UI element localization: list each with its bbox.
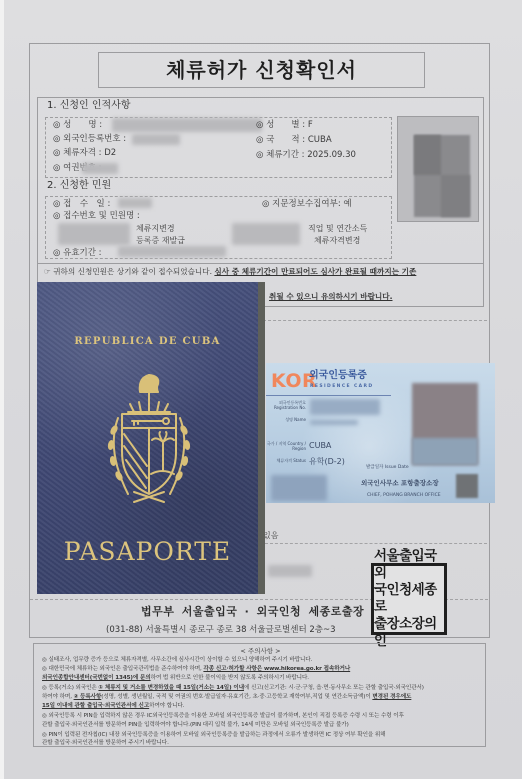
card-title-ko: 외국인등록증 bbox=[309, 371, 367, 381]
redacted-signature bbox=[268, 565, 312, 577]
redacted-card-signature bbox=[271, 475, 327, 501]
redacted-card-reg-no bbox=[310, 399, 380, 415]
attachment-note: 있음 bbox=[263, 532, 278, 540]
field-nationality-label: 국 적 : bbox=[266, 135, 305, 145]
notice-underlined: 심사 중 체류기간이 만료되어도 심사가 완료될 때까지는 기존 bbox=[214, 267, 416, 276]
field-name-label: 성 명 : bbox=[63, 120, 102, 130]
card-reg-no-label: 외국인등록번호 Registration No. bbox=[266, 401, 306, 410]
field-receipt-no-label: 접수번호 및 민원명 : bbox=[63, 211, 140, 221]
field-nationality: ◎ 국 적 : CUBA bbox=[256, 136, 332, 145]
precaution-line: ◎ 대한민국에 체류하는 외국인은 출입국관리법을 준수하여야 하며, 각종 신… bbox=[42, 667, 350, 673]
card-status-label: 체류자격 Status bbox=[266, 459, 306, 464]
precaution-line: ◎ PIN이 입력된 전자칩(IC) 내장 외국인등록증을 이용하여 모바일 외… bbox=[42, 733, 386, 739]
field-receipt-date: ◎ 접 수 일 : bbox=[53, 200, 110, 209]
underlined-emphasis: 변경된 경우에도 bbox=[372, 694, 411, 700]
field-reg-no-label: 외국인등록번호 : bbox=[63, 134, 126, 144]
field-fingerprint-label: 지문정보수집여부: bbox=[272, 199, 341, 209]
field-sex: ◎ 성 별 : F bbox=[256, 121, 313, 130]
redacted-receipt-date bbox=[118, 198, 152, 208]
petition-item: 체류자격변경 bbox=[314, 237, 360, 245]
underlined-emphasis: 각종 신고·허가할 사항은 www.hikorea.go.kr 접속하거나 bbox=[203, 666, 350, 672]
field-name: ◎ 성 명 : bbox=[53, 121, 102, 130]
field-status-value: D2 bbox=[104, 148, 116, 158]
cuban-passport: REPUBLICA DE CUBA bbox=[37, 282, 265, 594]
field-stay-period: ◎ 체류기간 : 2025.09.30 bbox=[256, 151, 356, 160]
notice-line: ☞ 귀하의 신청민원은 상기와 같이 접수되었습니다. 심사 중 체류기간이 만… bbox=[44, 268, 416, 276]
stamp-line: 국인청세종로 bbox=[374, 582, 444, 616]
precaution-line: 15일 이내에 관할 출입국·외국인관서에 신고하여야 합니다. bbox=[42, 704, 184, 710]
field-receipt-date-label: 접 수 일 : bbox=[63, 199, 110, 209]
redacted-passport-no bbox=[82, 163, 118, 174]
redacted-receipt-numbers bbox=[58, 223, 130, 245]
card-issuer-ko: 외국인사무소 포항출장소장 bbox=[361, 480, 439, 487]
card-header-rule bbox=[266, 395, 391, 396]
notice-line-2: 취될 수 있으니 유의하시기 바랍니다. bbox=[269, 293, 393, 301]
field-reg-no: ◎ 외국인등록번호 : bbox=[53, 135, 126, 144]
field-status-label: 체류자격 : bbox=[63, 148, 101, 158]
official-seal-stamp: 서울출입국외 국인청세종로 출장소장의인 bbox=[371, 563, 447, 635]
issuing-office: 법무부 서울출입국 · 외국인청 세종로출장 bbox=[141, 606, 364, 617]
bullet-icon: ◎ bbox=[53, 120, 60, 130]
card-status-value: 유학(D-2) bbox=[309, 458, 345, 466]
card-country-value: CUBA bbox=[309, 442, 331, 450]
field-validity: ◎ 유효기간 : bbox=[53, 249, 102, 258]
underlined-emphasis: 외국인종합안내센터(국번없이 1345)에 문의 bbox=[42, 675, 151, 681]
underlined-emphasis: ① 체류지 및 거소를 변경하였을 때 15일(거소는 14일) 이내 bbox=[98, 685, 244, 691]
bullet-icon: ◎ bbox=[256, 135, 263, 145]
field-receipt-no: ◎ 접수번호 및 민원명 : bbox=[53, 212, 140, 221]
stamp-line: 서울출입국외 bbox=[374, 548, 444, 582]
card-issuer-en: CHIEF, POHANG BRANCH OFFICE bbox=[367, 494, 441, 499]
precautions-title: < 주의사항 > bbox=[34, 648, 487, 655]
passport-country: REPUBLICA DE CUBA bbox=[37, 337, 258, 347]
underlined-emphasis: 15일 이내에 관할 출입국·외국인관서에 신고 bbox=[42, 703, 149, 709]
card-issue-date-label: 발급일자 Issue Date bbox=[366, 466, 409, 471]
precautions-box: < 주의사항 > ◎ 실태조사, 업무량 증가 등으로 체류자격별, 사무소간에… bbox=[33, 643, 486, 747]
field-sex-label: 성 별 : bbox=[266, 120, 305, 130]
photo-edge bbox=[0, 0, 4, 779]
passport-title: PASAPORTE bbox=[37, 539, 258, 564]
precaution-line: ◎ 외국인등록 시 PIN을 입력하지 않은 경우 IC외국인등록증을 이용한 … bbox=[42, 714, 404, 720]
bullet-icon: ◎ bbox=[53, 199, 60, 209]
passport-page-edge bbox=[258, 282, 265, 594]
precaution-line: 관할 출입국·외국인관서를 방문하여 PIN을 입력하여야 합니다.(PIN 대… bbox=[42, 723, 349, 729]
document-title: 체류허가 신청확인서 bbox=[166, 60, 357, 80]
notice-prefix: ☞ 귀하의 신청민원은 상기와 같이 접수되었습니다. bbox=[44, 267, 212, 276]
residence-card: KOR 외국인등록증 RESIDENCE CARD 외국인등록번호 Regist… bbox=[266, 363, 495, 503]
bullet-icon: ◎ bbox=[256, 150, 263, 160]
card-name-label: 성명 Name bbox=[266, 418, 306, 423]
redacted-receipt-numbers bbox=[232, 223, 300, 245]
card-seal bbox=[456, 474, 478, 498]
bullet-icon: ◎ bbox=[262, 199, 269, 209]
field-nationality-value: CUBA bbox=[308, 135, 332, 145]
field-fingerprint-value: 예 bbox=[343, 199, 351, 209]
card-title-en: RESIDENCE CARD bbox=[310, 385, 374, 390]
cuban-coat-of-arms-icon bbox=[94, 370, 204, 510]
precaution-line: 관할 출입국·외국인관서를 방문하여 주시기 바랍니다. bbox=[42, 741, 169, 747]
bullet-icon: ◎ bbox=[53, 211, 60, 221]
bullet-icon: ◎ bbox=[53, 163, 60, 173]
field-stay-period-value: 2025.09.30 bbox=[307, 150, 356, 160]
section2-heading: 2. 신청한 민원 bbox=[47, 181, 111, 191]
office-address: (031-88) 서울특별시 종로구 종로 38 서울글로벌센터 2층~3 bbox=[106, 626, 336, 635]
precaution-line: ◎ 등록(거소) 외국인은 ① 체류지 및 거소를 변경하였을 때 15일(거소… bbox=[42, 686, 424, 692]
bullet-icon: ◎ bbox=[53, 148, 60, 158]
field-stay-period-label: 체류기간 : bbox=[266, 150, 304, 160]
bullet-icon: ◎ bbox=[53, 134, 60, 144]
field-validity-label: 유효기간 : bbox=[63, 248, 101, 258]
applicant-photo bbox=[397, 116, 479, 222]
redacted-name bbox=[112, 118, 262, 132]
redacted-card-name bbox=[310, 420, 358, 425]
bullet-icon: ◎ bbox=[256, 120, 263, 130]
title-box: 체류허가 신청확인서 bbox=[98, 52, 425, 88]
precaution-line: 외국인종합안내센터(국번없이 1345)에 문의하여 법 위반으로 인한 불이익… bbox=[42, 676, 309, 682]
bullet-icon: ◎ bbox=[53, 248, 60, 258]
section1-heading: 1. 신청인 인적사항 bbox=[47, 101, 131, 111]
field-fingerprint: ◎ 지문정보수집여부: 예 bbox=[262, 200, 352, 209]
field-status: ◎ 체류자격 : D2 bbox=[53, 149, 116, 158]
card-country-label: 국가 / 지역 Country / Region bbox=[266, 442, 306, 451]
field-sex-value: F bbox=[308, 120, 313, 130]
redacted-validity bbox=[118, 246, 226, 257]
petition-item: 등록증 재발급 bbox=[136, 237, 185, 245]
petition-item: 직업 및 연간소득 bbox=[308, 225, 367, 233]
divider bbox=[265, 543, 487, 544]
redacted-reg-no bbox=[132, 134, 180, 145]
precaution-line: ◎ 실태조사, 업무량 증가 등으로 체류자격별, 사무소간에 심사시간이 상이… bbox=[42, 658, 312, 664]
underlined-emphasis: ② 등록사항 bbox=[74, 694, 102, 700]
petition-item: 체류지변경 bbox=[136, 225, 175, 233]
precaution-line: 하여야 하며, ② 등록사항(성명, 성별, 생년월일, 국적 및 여권의 번호… bbox=[42, 695, 411, 701]
